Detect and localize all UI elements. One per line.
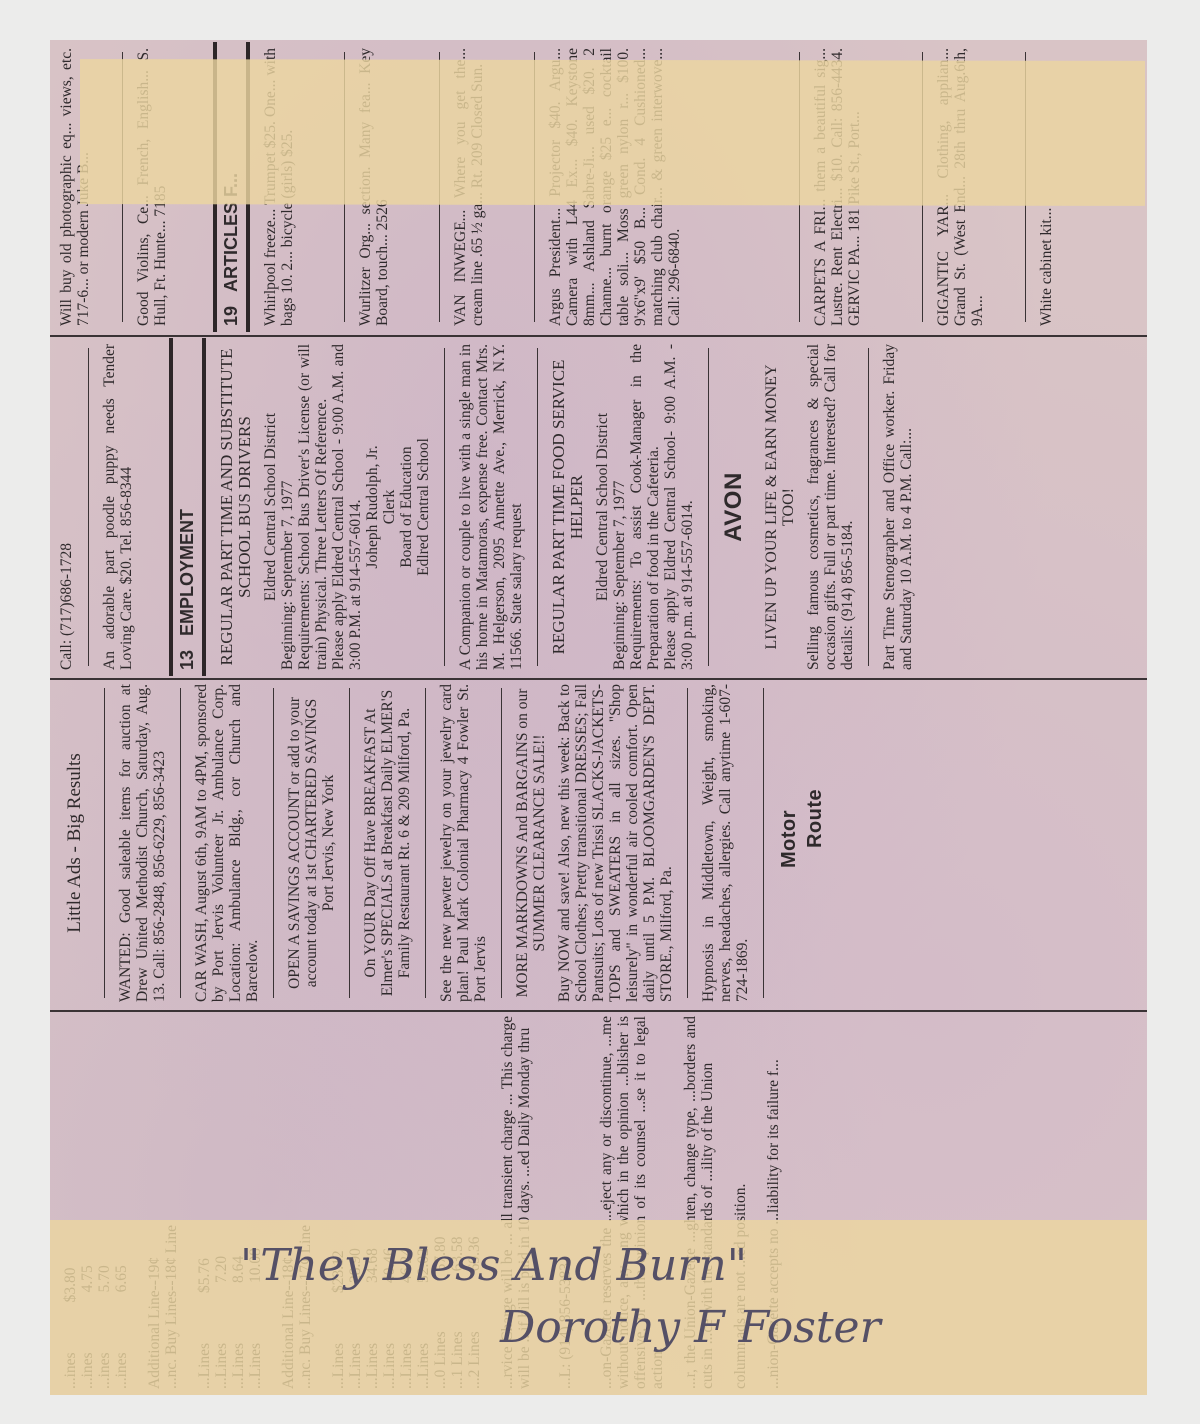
column-rule: [50, 335, 1147, 337]
ad-companion: A Companion or couple to live with a sin…: [449, 338, 533, 676]
avon-heading: AVON: [713, 338, 755, 676]
heading-line: Route: [802, 684, 828, 868]
text-line: Eldred Central School District: [594, 344, 611, 670]
band-little-ads: Little Ads - Big Results WANTED: Good sa…: [50, 678, 1147, 1008]
newspaper-clipping: Will buy old photographic eq... views, e…: [50, 40, 1147, 1395]
section-header-employment: 13 EMPLOYMENT: [169, 338, 206, 676]
ad-hypnosis: Hypnosis in Middletown, Weight, smoking,…: [692, 678, 759, 1008]
avon-subheading: LIVEN UP YOUR LIFE & EARN MONEY TOO!: [755, 338, 805, 676]
call-line: Call: (717)686-1728: [50, 338, 84, 676]
text-line: Joheph Rudolph, Jr.: [364, 344, 381, 670]
bus-driver-body: Eldred Central School District Beginning…: [262, 338, 440, 676]
text-line: Requirements: School Bus Driver's Licens…: [296, 344, 330, 670]
food-service-title: REGULAR PART TIME FOOD SERVICE HELPER: [542, 338, 594, 676]
ad-poodle: An adorable part poodle puppy needs Tend…: [93, 338, 165, 676]
ad-car-wash: CAR WASH, August 6th, 9AM to 4PM, sponso…: [185, 678, 269, 1008]
ad-markdowns: MORE MARKDOWNS And BARGAINS on our SUMME…: [506, 678, 556, 1008]
text-line: Edlred Central School: [415, 344, 432, 670]
text-line: Beginning: September 7, 1977: [611, 344, 628, 670]
avon-body: Selling famous cosmetics, fragrances & s…: [805, 338, 864, 676]
text-line: Please apply Eldred Central School - 9:0…: [330, 344, 364, 670]
ad-stenographer: Part Time Stenographer and Office worker…: [873, 338, 923, 676]
text-line: Beginning: September 7, 1977: [279, 344, 296, 670]
section-number: 13: [177, 650, 198, 670]
text-line: Please apply Eldred Central School- 9:00…: [662, 344, 696, 670]
ad-savings: OPEN A SAVINGS ACCOUNT or add to your ac…: [278, 678, 345, 1008]
motor-route-heading: Motor Route: [768, 678, 836, 1008]
handwritten-title: "They Bless And Burn": [240, 1240, 747, 1291]
text-line: Clerk: [381, 344, 398, 670]
heading-line: Motor: [776, 684, 802, 868]
little-ads-header: Little Ads - Big Results: [50, 678, 100, 1008]
masking-tape-top: [80, 59, 1145, 206]
handwritten-author: Dorothy F Foster: [500, 1302, 881, 1353]
text-line: Requirements: To assist Cook-Manager in …: [628, 344, 662, 670]
text-line: Eldred Central School District: [262, 344, 279, 670]
ad-elmers: On YOUR Day Off Have BREAKFAST At Elmer'…: [354, 678, 421, 1008]
bus-driver-title: REGULAR PART TIME AND SUBSTITUTE SCHOOL …: [210, 338, 262, 676]
text-line: Board of Education: [398, 344, 415, 670]
section-number: 19: [221, 306, 242, 326]
band-employment: Call: (717)686-1728 An adorable part poo…: [50, 338, 1147, 676]
ad-wanted-auction: WANTED: Good saleable items for auction …: [109, 678, 176, 1008]
section-title: EMPLOYMENT: [177, 509, 198, 636]
ad-bloomgarden: Buy NOW and save! Also, new this week: B…: [556, 678, 683, 1008]
food-service-body: Eldred Central School District Beginning…: [594, 338, 704, 676]
ad-pewter: See the new pewter jewelry on your jewel…: [430, 678, 497, 1008]
